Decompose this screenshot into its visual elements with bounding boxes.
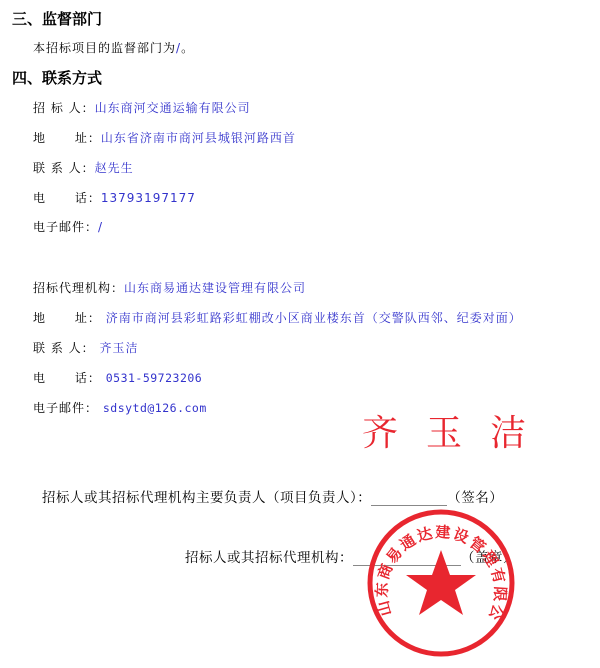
- handwritten-signature: 齐玉洁: [362, 405, 554, 456]
- tenderer-email-row: 电子邮件：/: [33, 218, 103, 235]
- agency-address: 济南市商河县彩虹路彩虹棚改小区商业楼东首（交警队西邻、纪委对面）: [106, 311, 522, 325]
- agency-contact-row: 联 系 人： 齐玉洁: [33, 339, 138, 356]
- agency-name-row: 招标代理机构：山东商易通达建设管理有限公司: [33, 279, 306, 296]
- field-label: 地 址：: [33, 131, 101, 145]
- tenderer-contact: 赵先生: [95, 161, 134, 175]
- section-4-heading: 四、联系方式: [12, 67, 102, 88]
- agency-email-row: 电子邮件： sdsytd@126.com: [33, 399, 207, 416]
- field-label: 联 系 人：: [33, 161, 95, 175]
- tenderer-address: 山东省济南市商河县城银河路西首: [101, 131, 296, 145]
- field-label: 招标代理机构：: [33, 281, 124, 295]
- supervision-text: 本招标项目的监督部门为: [33, 41, 176, 55]
- field-label: 电子邮件：: [33, 401, 98, 415]
- agency-phone: 0531-59723206: [106, 371, 203, 385]
- supervision-suffix: 。: [181, 41, 194, 55]
- field-label: 电 话：: [33, 371, 101, 385]
- agency-name: 山东商易通达建设管理有限公司: [124, 281, 306, 295]
- tenderer-email: /: [98, 220, 103, 234]
- field-label: 电 话：: [33, 191, 101, 205]
- tenderer-phone: 13793197177: [101, 191, 196, 205]
- field-label: 电子邮件：: [33, 220, 98, 234]
- supervision-statement: 本招标项目的监督部门为/。: [33, 39, 194, 56]
- tenderer-name: 山东商河交通运输有限公司: [95, 101, 251, 115]
- field-label: 招 标 人：: [33, 101, 95, 115]
- agency-email: sdsytd@126.com: [103, 401, 207, 415]
- agency-contact: 齐玉洁: [99, 341, 138, 355]
- org-label: 招标人或其招标代理机构：: [185, 550, 353, 566]
- star-icon: [406, 550, 476, 615]
- sign-suffix: （签名）: [447, 490, 503, 506]
- agency-phone-row: 电 话： 0531-59723206: [33, 369, 202, 386]
- tenderer-contact-row: 联 系 人：赵先生: [33, 159, 134, 176]
- field-label: 联 系 人：: [33, 341, 95, 355]
- signature-line[interactable]: [371, 491, 447, 506]
- field-label: 地 址：: [33, 311, 101, 325]
- official-seal: 山东商易通达建设管理有限公司: [366, 508, 516, 658]
- section-3-heading: 三、监督部门: [12, 8, 102, 29]
- responsible-label: 招标人或其招标代理机构主要负责人（项目负责人）：: [42, 490, 371, 506]
- agency-address-row: 地 址： 济南市商河县彩虹路彩虹棚改小区商业楼东首（交警队西邻、纪委对面）: [33, 309, 522, 326]
- tenderer-phone-row: 电 话：13793197177: [33, 189, 196, 206]
- responsible-sign-row: 招标人或其招标代理机构主要负责人（项目负责人）：（签名）: [42, 486, 503, 506]
- tenderer-address-row: 地 址：山东省济南市商河县城银河路西首: [33, 129, 296, 146]
- tenderer-name-row: 招 标 人：山东商河交通运输有限公司: [33, 99, 251, 116]
